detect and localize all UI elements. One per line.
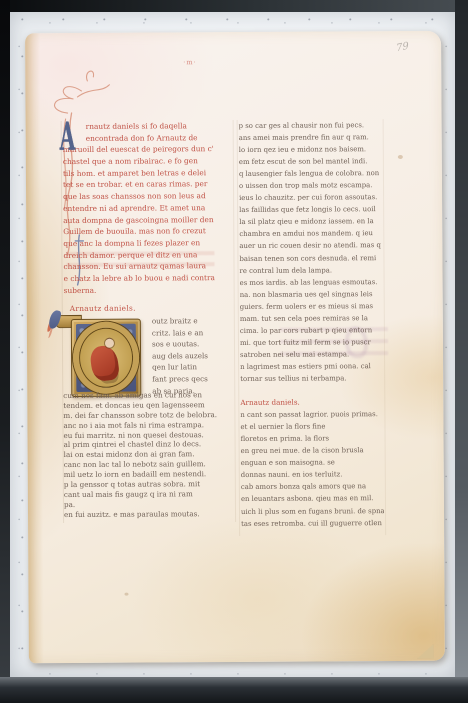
line-text: es mos iardis. ab las lenguas esmoutas.	[240, 278, 378, 287]
line-text: e chatz la lebre ab lo buou e nadi contr…	[64, 273, 215, 283]
line-text: aug dels auzels	[152, 351, 208, 360]
slide-mount: ·m· 79 A	[10, 12, 455, 677]
line-text: tet se en trobar. et en caras rimas. per	[63, 180, 207, 190]
manuscript-text-line: ans amei mais prendre fin aur q ram.	[239, 131, 382, 144]
manuscript-text-line: mam. tut sen cela poes remiras se la	[240, 312, 383, 325]
manuscript-text-line: critz. lais e an	[152, 327, 232, 339]
line-text: n lagrimest mas estiers pmi oona. cal	[240, 362, 371, 371]
line-text: dreich damor. perque el ditz en una	[63, 250, 197, 260]
manuscript-text-line: cima. lo par cors rubart p qieu entorn	[240, 324, 383, 337]
manuscript-text-line: q lausengier fals lengua de colobra. non	[239, 167, 382, 180]
line-text: fant precs qecs	[152, 374, 208, 383]
manuscript-text-line: encontrada don fo Arnautz de	[63, 132, 232, 145]
manuscript-text-line: Dieus lo chauzitz. per cui foron assouta…	[239, 191, 382, 204]
manuscript-text-line: chambra en amdui nos mandem. q ieu	[239, 228, 382, 241]
dogear-fold	[417, 644, 434, 659]
manuscript-text-line: dreich damor. perque el ditz en una	[63, 249, 232, 262]
line-text: canc non lac tal lo nebotz sain guillem.	[64, 459, 206, 469]
line-text: enguan e son maisogna. se	[241, 459, 335, 468]
line-text: outz braitz e	[152, 316, 198, 325]
line-text: floretos en prima. la flors	[241, 435, 330, 444]
manuscript-text-line: suberna.	[64, 284, 233, 297]
line-text: tils hom. et amparet ben letras e delei	[63, 168, 206, 178]
line-text: chambra en amdui nos mandem. q ieu	[239, 230, 373, 239]
manuscript-text-line: qen lur latin	[152, 361, 232, 373]
line-text: na. non blasmaria ues qel singnas leis	[240, 290, 373, 299]
line-text: critz. lais e an	[152, 328, 203, 337]
line-text: baisan tenen son cors desnuda. el remi	[239, 254, 376, 263]
line-text: las faillidas que fetz longis lo cecs. u…	[239, 205, 376, 214]
line-text: lo iorn qez ieu e midonz nos baisem.	[239, 145, 366, 154]
line-text: donnas nauni. en ios terluitz.	[241, 471, 343, 480]
manuscript-text-line: satroben nei selu mai estampa.	[240, 348, 383, 361]
canso-wrap-text: outz braitz ecritz. lais e ansos e uouta…	[152, 315, 232, 397]
line-text: que las soas chanssos non son leus ad	[63, 191, 206, 201]
manuscript-text-line: cab amors bonza qals amors que na	[241, 480, 384, 493]
line-text: en leuantars asbona. qieu mas en mil.	[241, 495, 374, 504]
manuscript-text-line: aug dels auzels	[152, 350, 232, 362]
line-text: tendem. et doncas ieu qen lagensseem	[63, 400, 204, 410]
line-text: cant ual mais fis gaugz q ira ni ram	[64, 489, 193, 499]
line-text: al prim qintrei el chastel dinz lo decs.	[64, 440, 202, 450]
manuscript-text-line: tils hom. et amparet ben letras e delei	[63, 167, 232, 180]
slide-frame-top	[0, 0, 468, 12]
line-text: satroben nei selu mai estampa.	[240, 350, 349, 359]
line-text: p so car ges al chausir non fui pecs.	[239, 121, 364, 130]
manuscript-text-line: chastel que a nom ribairac. e fo gen	[63, 155, 232, 168]
manuscript-text-line: enguan e son maisogna. se	[241, 456, 384, 469]
text-column-left: A rnautz daniels si fo daqellaencontrada…	[61, 120, 236, 523]
line-text: eu fui marritz. ni non quesei destouas.	[64, 430, 204, 440]
manuscript-text-line: lo iorn qez ieu e midonz nos baisem.	[239, 143, 382, 156]
line-text: la sil platz qieu e midonz iassem. en la	[239, 218, 374, 227]
line-text: Guillem de buouila. mas non fo crezut	[63, 226, 206, 236]
line-text: en greu nei mue. de la cison brusla	[241, 446, 364, 455]
manuscript-text-line: sos e uoutas.	[152, 338, 232, 350]
manuscript-text-line: rnautz daniels si fo daqella	[63, 120, 232, 133]
line-text: cima. lo par cors rubart p qieu entorn	[240, 326, 372, 335]
line-text: q lausengier fals lengua de colobra. non	[239, 169, 379, 178]
line-text: en fui auzitz. e mas paraulas moutas.	[64, 509, 200, 519]
manuscript-text-line: Guillem de buouila. mas non fo crezut	[63, 225, 232, 238]
line-text: et el uernier la flors fine	[240, 423, 325, 432]
line-text: guiers. ferm uolers er es mieus si mas	[240, 302, 373, 311]
folio-number-pencil: 79	[396, 41, 410, 55]
manuscript-text-line: donnas nauni. en ios terluitz.	[241, 468, 384, 481]
line-text: anc no i aia mot fals ni rima estrampa.	[63, 420, 204, 430]
manuscript-text-line: en leuantars asbona. qieu mas en mil.	[241, 493, 384, 506]
line-text: auer un ric couen desir no atendi. mas q	[239, 242, 381, 251]
manuscript-text-line: mi. que tort fuitz mil ferm se io puscr	[240, 336, 383, 349]
quire-mark: ·m·	[183, 58, 196, 66]
manuscript-text-line: auer un ric couen desir no atendi. mas q	[239, 240, 382, 253]
manuscript-text-line: Tuich li plus som en fugans bruni. de sp…	[241, 505, 384, 518]
line-text: Arnautz daniels.	[240, 398, 300, 407]
manuscript-leaf: ·m· 79 A	[25, 31, 445, 664]
manuscript-text-line: tas eses retromba. cui ill guguerre otle…	[241, 517, 384, 530]
manuscript-text-line: que las soas chanssos non son leus ad	[63, 190, 232, 203]
line-text: chansson. Eu sui arnautz qamas laura	[63, 261, 206, 271]
slide-frame-left	[0, 0, 10, 703]
rubric-line: Arnautz daniels.	[240, 396, 383, 409]
miniature-gold-frame	[71, 319, 141, 397]
manuscript-text-line: tornar sus tellius ni terbampa.	[240, 372, 383, 385]
line-text: entendre ni ad aprendre. Et amet una	[63, 203, 205, 213]
manuscript-text-line: la sil platz qieu e midonz iassem. en la	[239, 215, 382, 228]
line-text: mi. que tort fuitz mil ferm se io puscr	[240, 338, 371, 347]
manuscript-text-line: e chatz la lebre ab lo buou e nadi contr…	[64, 272, 233, 285]
rubric-arnaut-daniel: Arnautz daniels.	[70, 304, 136, 313]
manuscript-text-line: Fes mos iardis. ab las lenguas esmoutas.	[240, 276, 383, 289]
manuscript-text-line: floretos en prima. la flors	[241, 432, 384, 445]
manuscript-text-line: re contral lum dela lampa.	[239, 264, 382, 277]
text-column-right: p so car ges al chausir non fui pecs.ans…	[237, 119, 387, 536]
line-text: maruoill del euescat de peiregors dun c'	[63, 145, 214, 155]
line-text: tornar sus tellius ni terbampa.	[240, 374, 346, 383]
line-text: que anc la dompna li fezes plazer en	[63, 238, 200, 248]
canso-stanza-text: cum nos fam. ab amigas en cui nos entend…	[63, 390, 233, 520]
manuscript-text-line: et el uernier la flors fine	[240, 420, 383, 433]
manuscript-text-line: maruoill del euescat de peiregors dun c'	[63, 143, 232, 156]
manuscript-text-line: Ben fui auzitz. e mas paraulas moutas.	[64, 509, 233, 520]
line-text: em fetz escut de son bel mantel indi.	[239, 157, 368, 166]
manuscript-text-line: Ben greu nei mue. de la cison brusla	[241, 444, 384, 457]
manuscript-text-line: tet se en trobar. et en caras rimas. per	[63, 178, 232, 191]
manuscript-text-line: En lagrimest mas estiers pmi oona. cal	[240, 360, 383, 373]
line-text: rnautz daniels si fo daqella	[86, 121, 187, 131]
manuscript-text-line: las faillidas que fetz longis lo cecs. u…	[239, 203, 382, 216]
foxing-spot	[124, 593, 128, 596]
manuscript-text-line: em fetz escut de son bel mantel indi.	[239, 155, 382, 168]
line-text: m. dei far chansson sobre totz de belobr…	[63, 410, 217, 420]
slide-frame-bottom	[0, 677, 468, 703]
manuscript-text-line: En cant son passat lagrior. puois primas…	[240, 408, 383, 421]
manuscript-text-line: outz braitz e	[152, 315, 232, 327]
manuscript-text-line: p so car ges al chausir non fui pecs.	[239, 119, 382, 132]
slide-frame-right	[455, 0, 468, 703]
manuscript-text-line: o uissen don trop mals motz escampa.	[239, 179, 382, 192]
line-text: chastel que a nom ribairac. e fo gen	[63, 156, 198, 166]
manuscript-text-line: fant precs qecs	[152, 373, 232, 385]
line-text: o uissen don trop mals motz escampa.	[239, 181, 372, 190]
miniature-figure-face	[105, 339, 114, 348]
manuscript-text-line: entendre ni ad aprendre. Et amet una	[63, 202, 232, 215]
bleedthrough-line	[240, 384, 383, 397]
line-text: mil uetz lo iorn en badaill em nestendi.	[64, 469, 206, 479]
foxing-spot	[398, 155, 403, 159]
manuscript-text-line: chansson. Eu sui arnautz qamas laura	[63, 260, 232, 273]
line-text: cum nos fam. ab amigas en cui nos en	[63, 390, 202, 400]
line-text: pa.	[64, 500, 75, 509]
line-text: tas eses retromba. cui ill guguerre otle…	[241, 519, 382, 528]
line-text: ieus lo chauzitz. per cui foron assoutas…	[239, 193, 377, 202]
line-text: auta dompna de gascoingna moiller den	[63, 215, 213, 225]
manuscript-text-line: guiers. ferm uolers er es mieus si mas	[240, 300, 383, 313]
manuscript-text-line: m. dei far chansson sobre totz de belobr…	[63, 410, 232, 421]
line-text: uich li plus som en fugans bruni. de spn…	[241, 507, 384, 516]
manuscript-text-line: auta dompna de gascoingna moiller den	[63, 214, 232, 227]
line-text: encontrada don fo Arnautz de	[86, 133, 198, 143]
manuscript-text-line: que anc la dompna li fezes plazer en	[63, 237, 232, 250]
manuscript-text-line: baisan tenen son cors desnuda. el remi	[239, 252, 382, 265]
line-text: suberna.	[64, 285, 97, 294]
vida-red-text: rnautz daniels si fo daqellaencontrada d…	[63, 120, 233, 296]
line-text: p la genssor q totas autras sobra. mit	[64, 479, 200, 489]
line-text: lai on estai midonz don ai gran fam.	[64, 450, 195, 460]
line-text: sos e uoutas.	[152, 339, 199, 348]
line-text: ans amei mais prendre fin aur q ram.	[239, 133, 369, 142]
manuscript-text-line: na. non blasmaria ues qel singnas leis	[240, 288, 383, 301]
line-text: qen lur latin	[152, 363, 197, 372]
line-text: cab amors bonza qals amors que na	[241, 483, 366, 492]
slide-photograph: ·m· 79 A	[0, 0, 468, 703]
line-text: mam. tut sen cela poes remiras se la	[240, 314, 368, 323]
line-text: n cant son passat lagrior. puois primas.	[240, 410, 378, 419]
historiated-initial-miniature	[71, 313, 142, 397]
line-text: re contral lum dela lampa.	[240, 266, 333, 275]
drop-cap-initial-A: A	[60, 114, 78, 159]
